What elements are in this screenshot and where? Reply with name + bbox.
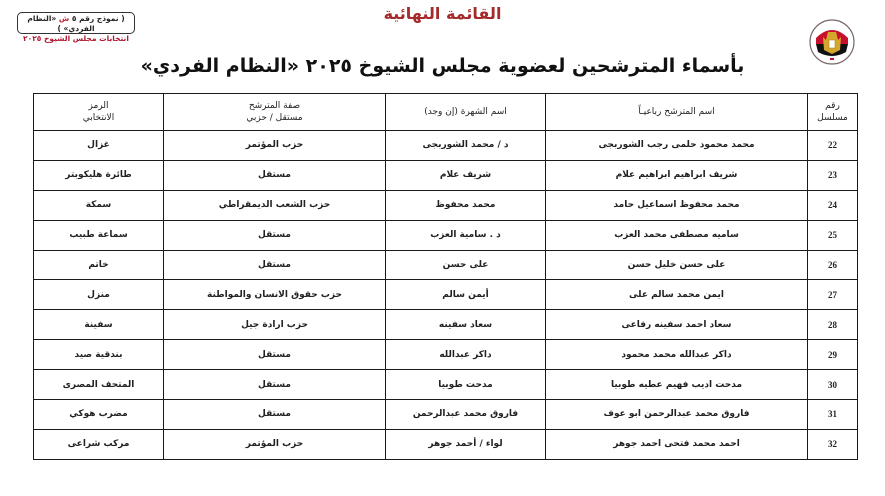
- header-type-line1: صفة المترشح: [249, 101, 300, 111]
- candidate-name-cell: شريف ابراهيم ابراهيم علام: [546, 160, 808, 190]
- candidate-name-cell: محمد محفوظ اسماعيل حامد: [546, 190, 808, 220]
- serial-cell: 24: [808, 190, 858, 220]
- header-serial: رقممسلسل: [808, 94, 858, 131]
- table-row: 23 شريف ابراهيم ابراهيم علام شريف علام م…: [34, 160, 858, 190]
- candidate-name-cell: ايمن محمد سالم على: [546, 280, 808, 310]
- table-row: 27 ايمن محمد سالم على أيمن سالم حزب حقوق…: [34, 280, 858, 310]
- fame-name-cell: داكر عبدالله: [386, 340, 546, 370]
- table-row: 32 احمد محمد فتحى احمد جوهر لواء / أحمد …: [34, 429, 858, 459]
- header-serial-line1: رقم: [825, 101, 840, 111]
- header-candidate-type: صفة المترشحمستقل / حزبي: [164, 94, 386, 131]
- header-electoral-symbol: الرمزالانتخابي: [34, 94, 164, 131]
- serial-cell: 29: [808, 340, 858, 370]
- symbol-cell: طائرة هليكوبتر: [34, 160, 164, 190]
- header-symbol-line2: الانتخابي: [83, 113, 114, 123]
- symbol-cell: غزال: [34, 131, 164, 161]
- candidate-type-cell: مستقل: [164, 370, 386, 400]
- header-type-line2: مستقل / حزبي: [246, 113, 302, 123]
- symbol-cell: سفينة: [34, 310, 164, 340]
- serial-cell: 22: [808, 131, 858, 161]
- candidate-type-cell: مستقل: [164, 160, 386, 190]
- symbol-cell: خاتم: [34, 250, 164, 280]
- fame-name-cell: مدحت طوبيا: [386, 370, 546, 400]
- fame-name-cell: محمد محفوظ: [386, 190, 546, 220]
- header-serial-line2: مسلسل: [817, 113, 848, 123]
- fame-name-cell: شريف علام: [386, 160, 546, 190]
- candidate-name-cell: مدحت اديب فهيم عطيه طوبيا: [546, 370, 808, 400]
- fame-name-cell: د . سامية العزب: [386, 220, 546, 250]
- candidate-type-cell: مستقل: [164, 220, 386, 250]
- serial-cell: 28: [808, 310, 858, 340]
- table-row: 28 سعاد احمد سفينه رفاعى سعاد سفينه حزب …: [34, 310, 858, 340]
- candidates-table: رقممسلسل اسم المترشح رباعيـاً اسم الشهرة…: [33, 93, 858, 460]
- final-list-title: القائمة النهائية: [0, 4, 885, 23]
- candidate-name-cell: احمد محمد فتحى احمد جوهر: [546, 429, 808, 459]
- serial-cell: 26: [808, 250, 858, 280]
- fame-name-cell: على حسن: [386, 250, 546, 280]
- candidate-type-cell: حزب المؤتمر: [164, 131, 386, 161]
- form-badge-line2: انتخابات مجلس الشيوخ ٢٠٢٥: [18, 34, 134, 44]
- candidate-name-cell: سعاد احمد سفينه رفاعى: [546, 310, 808, 340]
- header-symbol-line1: الرمز: [89, 101, 109, 111]
- header-candidate-name: اسم المترشح رباعيـاً: [546, 94, 808, 131]
- fame-name-cell: سعاد سفينه: [386, 310, 546, 340]
- table-header-row: رقممسلسل اسم المترشح رباعيـاً اسم الشهرة…: [34, 94, 858, 131]
- table-row: 30 مدحت اديب فهيم عطيه طوبيا مدحت طوبيا …: [34, 370, 858, 400]
- fame-name-cell: لواء / أحمد جوهر: [386, 429, 546, 459]
- candidate-type-cell: حزب المؤتمر: [164, 429, 386, 459]
- fame-name-cell: فاروق محمد عبدالرحمن: [386, 400, 546, 430]
- table-row: 22 محمد محمود حلمى رجب الشوربجى د / محمد…: [34, 131, 858, 161]
- table-row: 29 داكر عبدالله محمد محمود داكر عبدالله …: [34, 340, 858, 370]
- serial-cell: 32: [808, 429, 858, 459]
- candidate-type-cell: مستقل: [164, 340, 386, 370]
- table-row: 26 على حسن خليل حسن على حسن مستقل خاتم: [34, 250, 858, 280]
- symbol-cell: سمكة: [34, 190, 164, 220]
- serial-cell: 25: [808, 220, 858, 250]
- candidate-name-cell: داكر عبدالله محمد محمود: [546, 340, 808, 370]
- symbol-cell: مركب شراعى: [34, 429, 164, 459]
- symbol-cell: المتحف المصرى: [34, 370, 164, 400]
- table-row: 24 محمد محفوظ اسماعيل حامد محمد محفوظ حز…: [34, 190, 858, 220]
- symbol-cell: مضرب هوكي: [34, 400, 164, 430]
- serial-cell: 30: [808, 370, 858, 400]
- serial-cell: 27: [808, 280, 858, 310]
- symbol-cell: منزل: [34, 280, 164, 310]
- candidate-name-cell: على حسن خليل حسن: [546, 250, 808, 280]
- table-row: 31 فاروق محمد عبدالرحمن ابو عوف فاروق مح…: [34, 400, 858, 430]
- header-fame-name: اسم الشهرة (إن وجد): [386, 94, 546, 131]
- candidate-name-cell: ساميه مصطفى محمد العزب: [546, 220, 808, 250]
- candidate-name-cell: محمد محمود حلمى رجب الشوربجى: [546, 131, 808, 161]
- table-row: 25 ساميه مصطفى محمد العزب د . سامية العز…: [34, 220, 858, 250]
- page-title: بأسماء المترشحين لعضوية مجلس الشيوخ ٢٠٢٥…: [0, 55, 885, 77]
- candidate-name-cell: فاروق محمد عبدالرحمن ابو عوف: [546, 400, 808, 430]
- candidate-type-cell: مستقل: [164, 400, 386, 430]
- fame-name-cell: د / محمد الشوربجى: [386, 131, 546, 161]
- serial-cell: 31: [808, 400, 858, 430]
- symbol-cell: بندقية صيد: [34, 340, 164, 370]
- symbol-cell: سماعة طبيب: [34, 220, 164, 250]
- fame-name-cell: أيمن سالم: [386, 280, 546, 310]
- candidate-type-cell: مستقل: [164, 250, 386, 280]
- serial-cell: 23: [808, 160, 858, 190]
- candidate-type-cell: حزب ارادة جيل: [164, 310, 386, 340]
- candidate-type-cell: حزب الشعب الديمقراطي: [164, 190, 386, 220]
- candidate-type-cell: حزب حقوق الانسان والمواطنة: [164, 280, 386, 310]
